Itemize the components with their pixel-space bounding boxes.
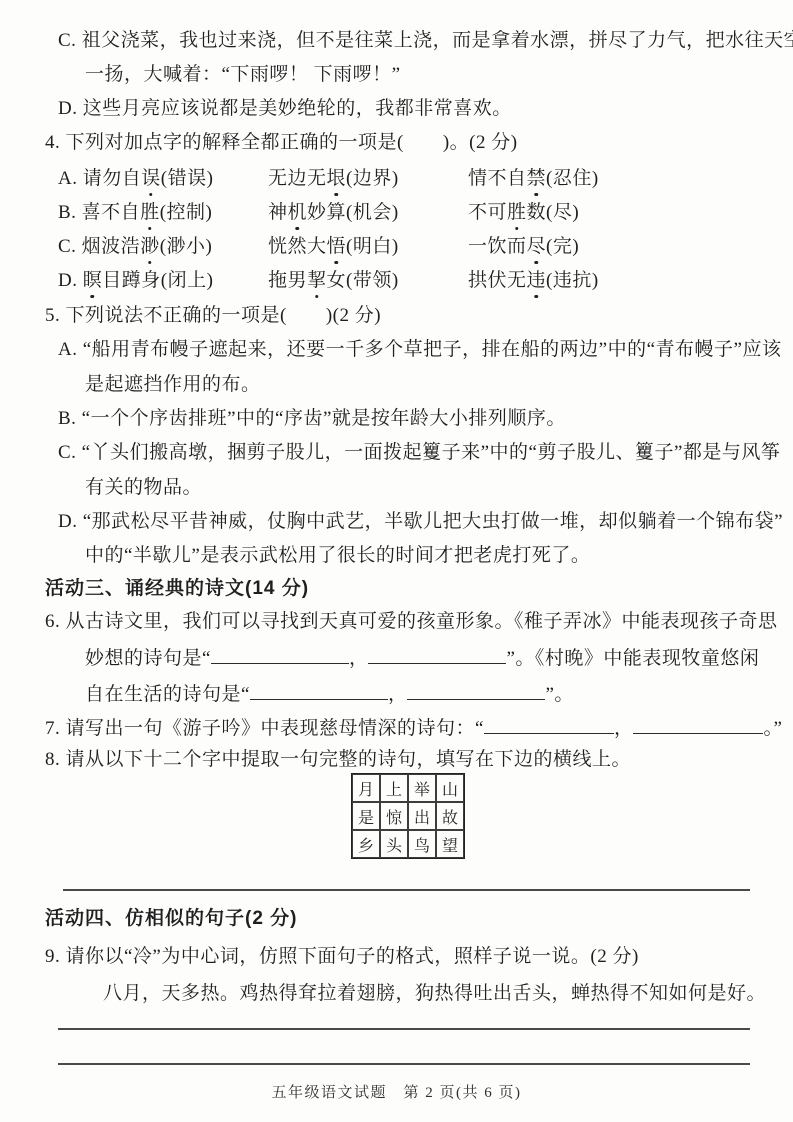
question-8-stem: 8. 请从以下十二个字中提取一句完整的诗句，填写在下边的横线上。 [45,747,631,772]
q4-a-item2: 无边无垠(边界) [268,166,468,191]
q4-option-d: D. 瞑目蹲身(闭上)拖男挈女(带领)拱伏无违(违抗) [58,268,599,293]
q4-b-item3: 不可胜数(尽) [468,200,579,225]
emphasis-dot-char: 机 [288,200,308,225]
text-segment: (违抗) [546,270,599,291]
answer-blank [250,680,388,700]
q4-option-b: B. 喜不自胜(控制)神机妙算(机会)不可胜数(尽) [58,200,579,225]
q4-b-item1: B. 喜不自胜(控制) [58,200,268,225]
q5-option-d-line1: D. “那武松尽平昔神威，仗胸中武艺，半歇儿把大虫打做一堆，却似躺着一个锦布袋” [58,509,783,534]
emphasis-dot-char: 尽 [527,234,547,259]
text-segment: (控制) [160,202,213,223]
text-segment: 妙想的诗句是“ [85,648,211,669]
q4-b-item2: 神机妙算(机会) [268,200,468,225]
text-segment: 拖男 [268,270,307,291]
q4-c-item2: 恍然大悟(明白) [268,234,468,259]
grid-cell: 故 [436,802,464,830]
answer-line [58,1028,750,1030]
character-grid: 月 上 举 山 是 惊 出 故 乡 头 鸟 望 [351,773,465,859]
text-segment: (完) [546,236,579,257]
q4-c-item3: 一饮而尽(完) [468,234,579,259]
text-segment: 无边无 [268,168,327,189]
emphasis-dot-char: 垠 [327,166,347,191]
emphasis-dot-char: 违 [527,268,547,293]
emphasis-dot-char: 挈 [307,268,327,293]
text-segment: 恍然大 [268,236,327,257]
text-segment: 。” [763,718,782,739]
text-segment: D. [58,270,83,291]
text-segment: C. 烟波浩 [58,236,140,257]
text-segment: 自在生活的诗句是“ [85,684,250,705]
section-3-title: 活动三、诵经典的诗文(14 分) [45,576,309,601]
q4-a-item1: A. 请勿自误(错误) [58,166,268,191]
question-6-line1: 6. 从古诗文里，我们可以寻找到天真可爱的孩童形象。《稚子弄冰》中能表现孩子奇思 [45,609,778,634]
text-segment: 目蹲身(闭上) [102,270,213,291]
text-segment: 情不自 [468,168,527,189]
text-segment: 不可 [468,202,507,223]
grid-cell: 头 [380,830,408,858]
text-segment: (渺小) [160,236,213,257]
q4-d-item1: D. 瞑目蹲身(闭上) [58,268,268,293]
option-c-line1: C. 祖父浇菜，我也过来浇，但不是往菜上浇，而是拿着水漂，拼尽了力气，把水往天空 [58,28,793,53]
q4-d-item2: 拖男挈女(带领) [268,268,468,293]
question-4-stem: 4. 下列对加点字的解释全都正确的一项是( )。(2 分) [45,130,518,155]
grid-cell: 月 [352,774,380,802]
emphasis-dot-char: 悟 [327,234,347,259]
emphasis-dot-char: 胜 [507,200,527,225]
text-segment: ， [614,718,634,739]
q5-option-a-line1: A. “船用青布幔子遮起来，还要一千多个草把子，排在船的两边”中的“青布幔子”应… [58,337,781,362]
text-segment: 数(尽) [527,202,580,223]
text-segment: 神 [268,202,288,223]
q4-option-c: C. 烟波浩渺(渺小)恍然大悟(明白)一饮而尽(完) [58,234,579,259]
emphasis-dot-char: 渺 [140,234,160,259]
emphasis-dot-char: 胜 [140,200,160,225]
q5-option-a-line2: 是起遮挡作用的布。 [85,372,261,397]
text-segment: (边界) [346,168,399,189]
answer-blank [633,714,763,734]
answer-line [58,1063,750,1065]
question-5-stem: 5. 下列说法不正确的一项是( )(2 分) [45,303,381,328]
answer-blank [368,644,506,664]
q5-option-c-line1: C. “丫头们搬高墩，捆剪子股儿，一面拨起籰子来”中的“剪子股儿、籰子”都是与风… [58,440,780,465]
text-segment: ， [388,684,408,705]
text-segment: 一饮而 [468,236,527,257]
question-7: 7. 请写出一句《游子吟》中表现慈母情深的诗句：“，。” [45,714,782,741]
question-6-line2: 妙想的诗句是“，”。《村晚》中能表现牧童悠闲 [85,644,759,671]
text-segment: 妙算(机会) [307,202,399,223]
question-9-stem: 9. 请你以“冷”为中心词，仿照下面句子的格式，照样子说一说。(2 分) [45,944,639,969]
text-segment: 拱伏无 [468,270,527,291]
text-segment: ”。 [545,684,573,705]
answer-blank [484,714,614,734]
answer-blank [211,644,349,664]
grid-cell: 出 [408,802,436,830]
q4-d-item3: 拱伏无违(违抗) [468,268,599,293]
emphasis-dot-char: 禁 [527,166,547,191]
q5-option-c-line2: 有关的物品。 [85,475,202,500]
question-9-example: 八月，天多热。鸡热得耷拉着翅膀，狗热得吐出舌头，蝉热得不知如何是好。 [103,981,766,1006]
exam-page: C. 祖父浇菜，我也过来浇，但不是往菜上浇，而是拿着水漂，拼尽了力气，把水往天空… [0,0,793,1122]
page-footer: 五年级语文试题 第 2 页(共 6 页) [0,1081,793,1102]
separator-line [63,889,750,891]
emphasis-dot-char: 瞑 [83,268,103,293]
text-segment: 女(带领) [327,270,399,291]
text-segment: ， [349,648,369,669]
option-d-line: D. 这些月亮应该说都是美妙绝轮的，我都非常喜欢。 [58,96,512,121]
answer-blank [407,680,545,700]
text-segment: A. 请勿自 [58,168,141,189]
q4-c-item1: C. 烟波浩渺(渺小) [58,234,268,259]
grid-cell: 惊 [380,802,408,830]
option-c-line2: 一扬，大喊着：“下雨啰！ 下雨啰！” [85,62,401,87]
text-segment: (忍住) [546,168,599,189]
section-4-title: 活动四、仿相似的句子(2 分) [45,906,298,931]
text-segment: (错误) [161,168,214,189]
text-segment: ”。《村晚》中能表现牧童悠闲 [506,648,759,669]
grid-cell: 举 [408,774,436,802]
grid-cell: 乡 [352,830,380,858]
text-segment: B. 喜不自 [58,202,140,223]
grid-cell: 鸟 [408,830,436,858]
grid-cell: 是 [352,802,380,830]
q5-option-b: B. “一个个序齿排班”中的“序齿”就是按年龄大小排列顺序。 [58,406,566,431]
text-segment: (明白) [346,236,399,257]
grid-cell: 上 [380,774,408,802]
text-segment: 7. 请写出一句《游子吟》中表现慈母情深的诗句：“ [45,718,484,739]
grid-cell: 望 [436,830,464,858]
grid-cell: 山 [436,774,464,802]
question-6-line3: 自在生活的诗句是“，”。 [85,680,574,707]
emphasis-dot-char: 误 [141,166,161,191]
q4-a-item3: 情不自禁(忍住) [468,166,599,191]
q4-option-a: A. 请勿自误(错误)无边无垠(边界)情不自禁(忍住) [58,166,599,191]
q5-option-d-line2: 中的“半歇儿”是表示武松用了很长的时间才把老虎打死了。 [85,543,590,568]
